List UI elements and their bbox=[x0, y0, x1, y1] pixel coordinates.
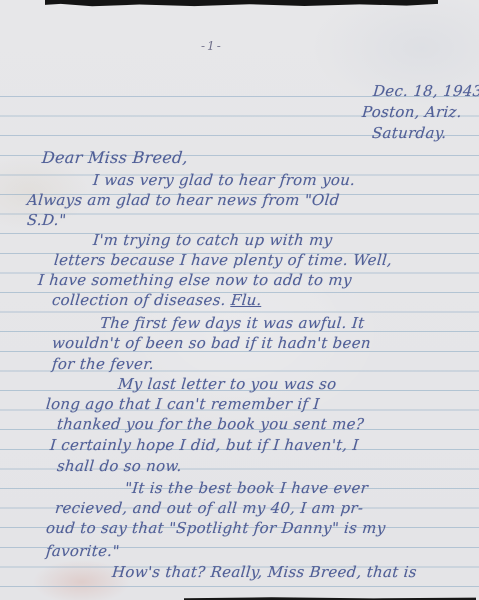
body-line-text: collection of diseases. bbox=[51, 291, 231, 309]
body-line: I was very glad to hear from you. bbox=[92, 171, 356, 190]
body-line: for the fever. bbox=[51, 355, 155, 374]
body-line: letters because I have plenty of time. W… bbox=[53, 251, 393, 270]
salutation: Dear Miss Breed, bbox=[41, 148, 189, 167]
body-line: "It is the best book I have ever bbox=[124, 479, 369, 498]
body-line: S.D." bbox=[26, 211, 67, 230]
body-line: shall do so now. bbox=[56, 457, 183, 476]
heading-day: Saturday. bbox=[371, 124, 447, 143]
body-line: The first few days it was awful. It bbox=[99, 314, 365, 333]
body-line: wouldn't of been so bad if it hadn't bee… bbox=[51, 334, 372, 353]
body-line: favorite." bbox=[45, 542, 120, 561]
body-line: long ago that I can't remember if I bbox=[45, 395, 320, 414]
body-line: I'm trying to catch up with my bbox=[92, 231, 333, 250]
body-line: My last letter to you was so bbox=[117, 375, 337, 394]
body-line: I have something else now to add to my bbox=[37, 271, 352, 290]
heading-date: Dec. 18, 1943 bbox=[372, 82, 479, 101]
body-line: Always am glad to hear news from "Old bbox=[26, 191, 340, 210]
body-line: thanked you for the book you sent me? bbox=[56, 415, 365, 434]
page-number: -1- bbox=[201, 39, 223, 53]
body-line: collection of diseases. Flu. bbox=[51, 291, 262, 310]
body-line: recieved, and out of all my 40, I am pr- bbox=[54, 499, 364, 518]
scanned-letter-page: -1- Dec. 18, 1943 Poston, Ariz. Saturday… bbox=[0, 0, 479, 600]
underlined-word: Flu. bbox=[230, 291, 262, 309]
heading-place: Poston, Ariz. bbox=[361, 103, 463, 122]
body-line: I certainly hope I did, but if I haven't… bbox=[49, 436, 359, 455]
body-line: oud to say that "Spotlight for Danny" is… bbox=[45, 519, 386, 538]
body-line: How's that? Really, Miss Breed, that is bbox=[111, 563, 417, 582]
